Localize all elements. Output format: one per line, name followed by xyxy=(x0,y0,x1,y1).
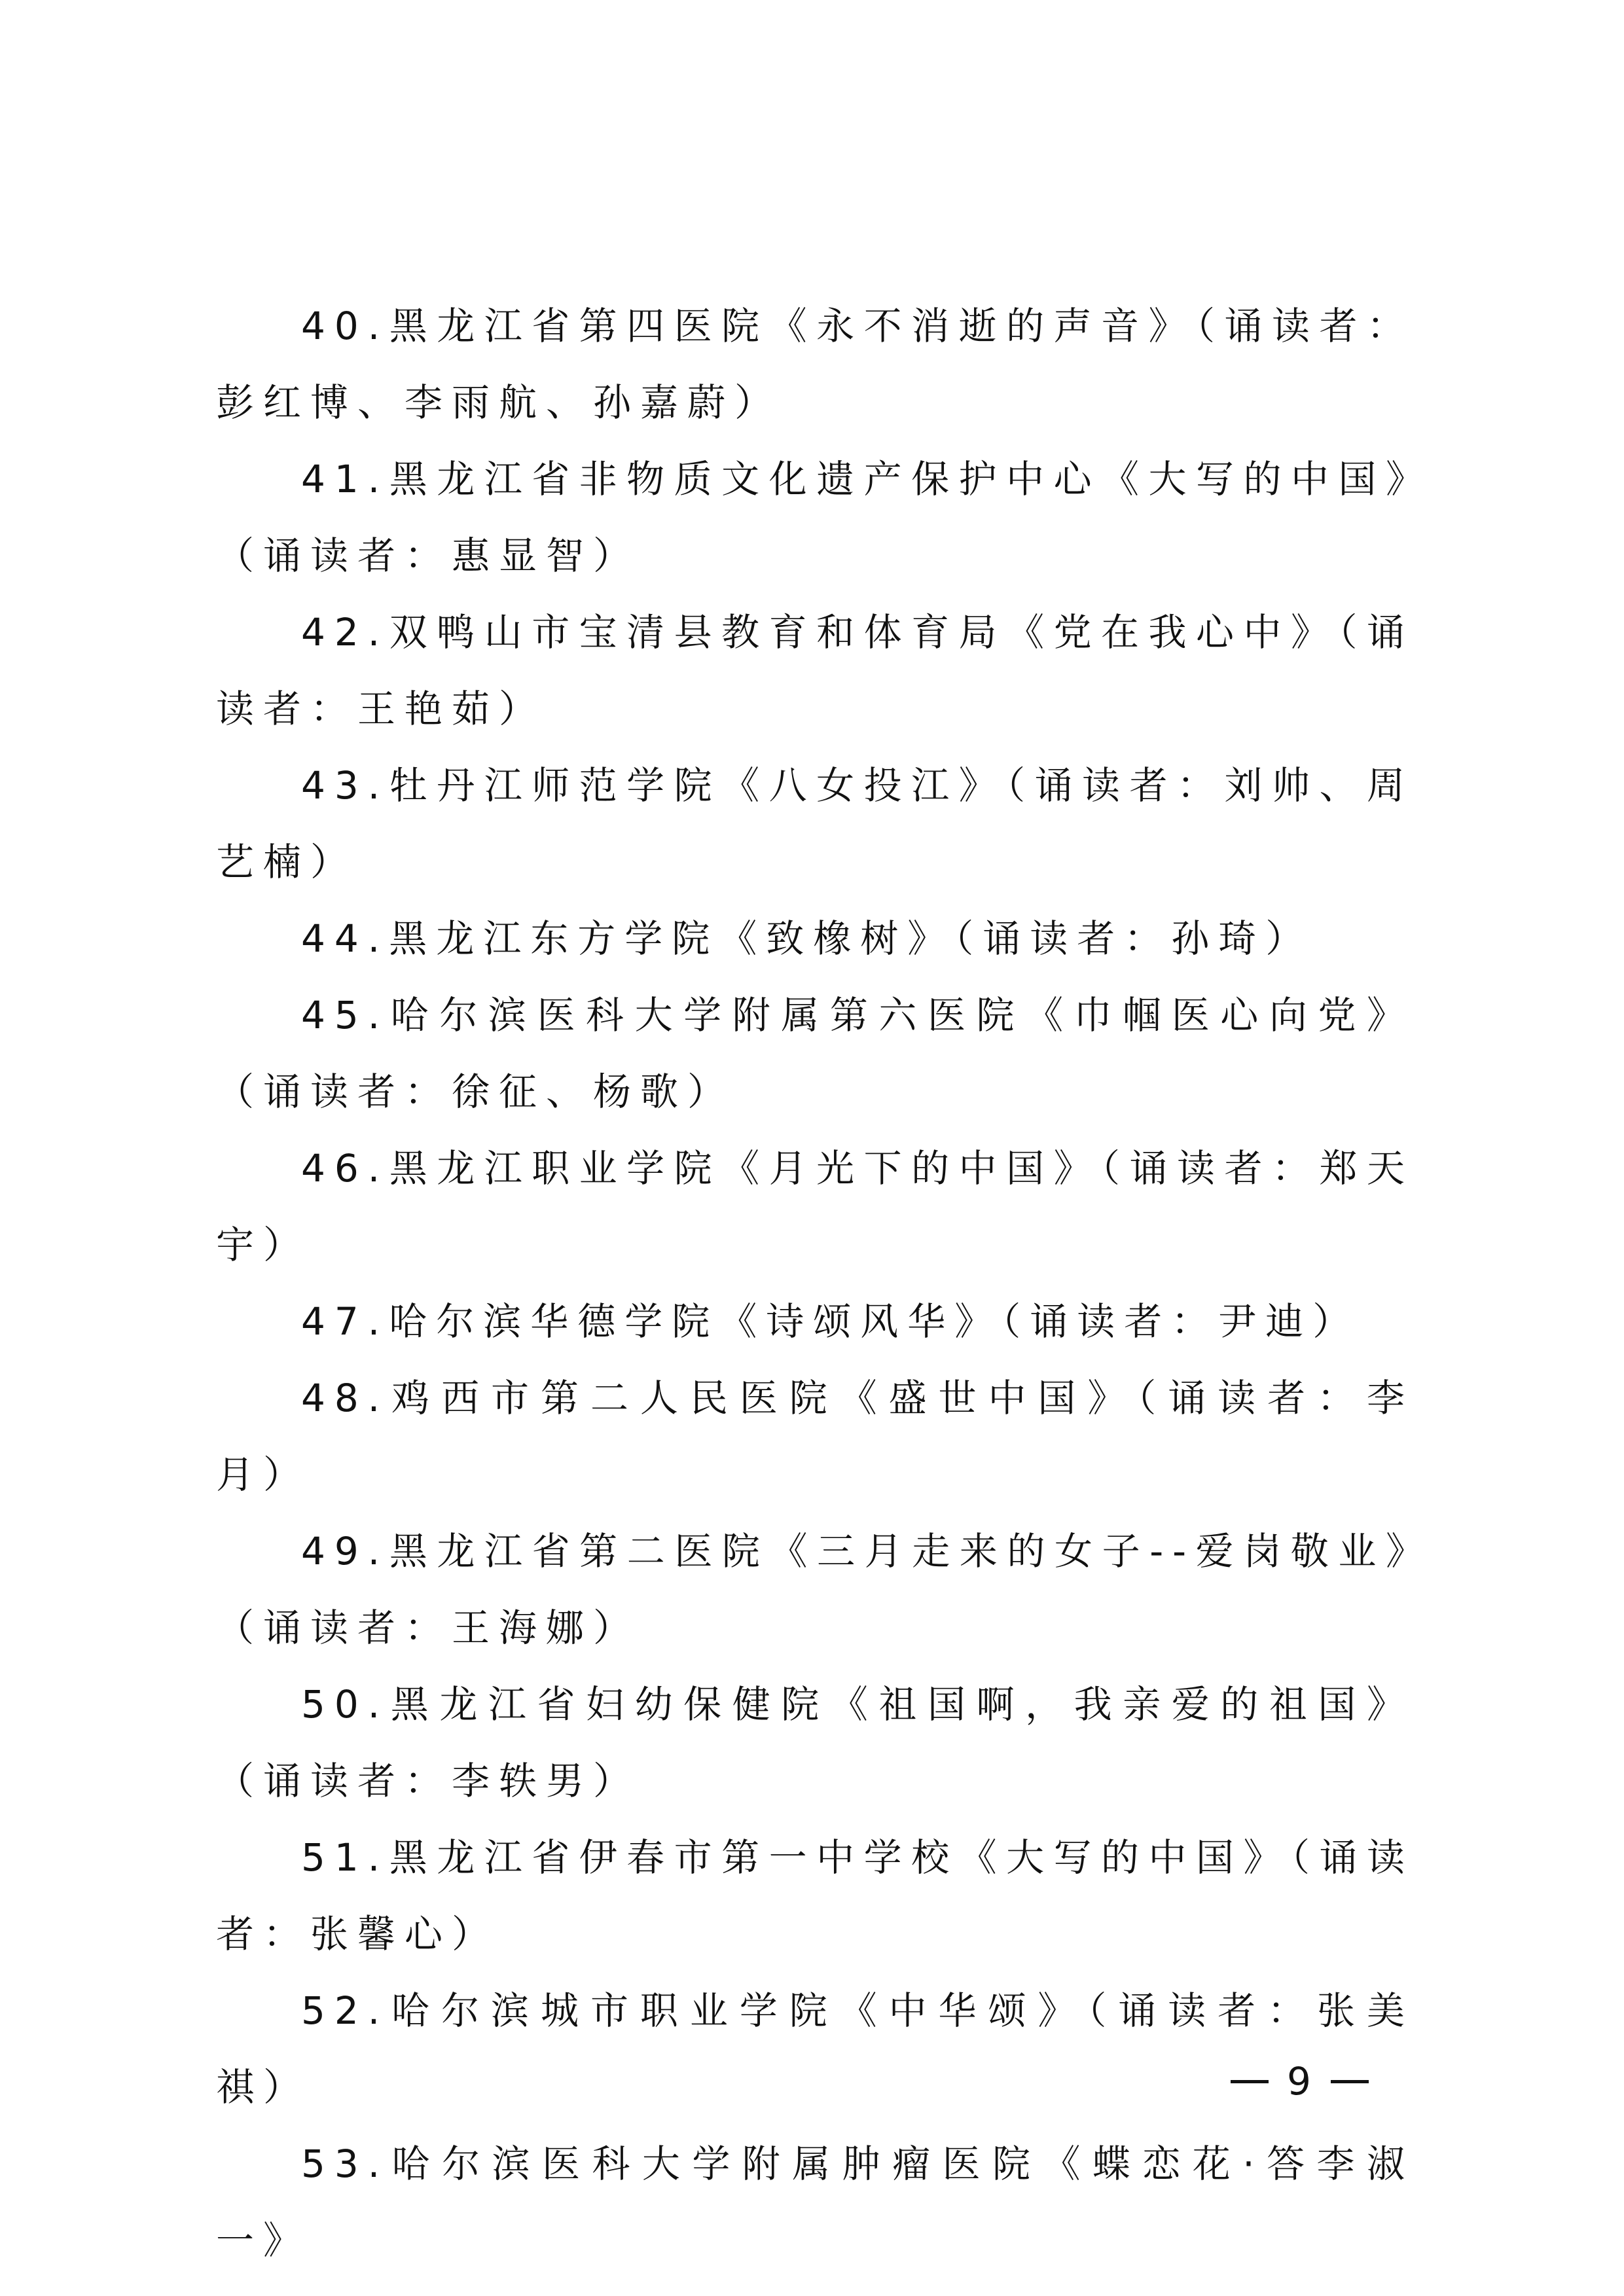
list-item: 41.黑龙江省非物质文化遗产保护中心《大写的中国》（诵读者：惠显智） xyxy=(216,441,1414,594)
list-item: 42.双鸭山市宝清县教育和体育局《党在我心中》（诵读者：王艳茹） xyxy=(216,594,1414,747)
page-number: 9 xyxy=(1231,2055,1369,2108)
document-page: 40.黑龙江省第四医院《永不消逝的声音》（诵读者：彭红博、李雨航、孙嘉蔚） 41… xyxy=(0,0,1624,2296)
list-item: 46.黑龙江职业学院《月光下的中国》（诵读者：郑天宇） xyxy=(216,1130,1414,1283)
entry-list: 40.黑龙江省第四医院《永不消逝的声音》（诵读者：彭红博、李雨航、孙嘉蔚） 41… xyxy=(216,288,1414,2279)
list-item: 49.黑龙江省第二医院《三月走来的女子--爱岗敬业》（诵读者：王海娜） xyxy=(216,1513,1414,1666)
list-item: 50.黑龙江省妇幼保健院《祖国啊，我亲爱的祖国》（诵读者：李轶男） xyxy=(216,1666,1414,1820)
list-item: 47.哈尔滨华德学院《诗颂风华》（诵读者：尹迪） xyxy=(216,1283,1414,1360)
dash-left-decoration xyxy=(1231,2080,1269,2083)
list-item: 44.黑龙江东方学院《致橡树》（诵读者：孙琦） xyxy=(216,901,1414,977)
list-item: 45.哈尔滨医科大学附属第六医院《巾帼医心向党》（诵读者：徐征、杨歌） xyxy=(216,977,1414,1130)
list-item: 51.黑龙江省伊春市第一中学校《大写的中国》（诵读者：张馨心） xyxy=(216,1820,1414,1973)
list-item: 53.哈尔滨医科大学附属肿瘤医院《蝶恋花·答李淑一》 xyxy=(216,2126,1414,2279)
list-item: 48.鸡西市第二人民医院《盛世中国》（诵读者：李月） xyxy=(216,1360,1414,1513)
list-item: 43.牡丹江师范学院《八女投江》（诵读者：刘帅、周艺楠） xyxy=(216,747,1414,901)
page-number-value: 9 xyxy=(1287,2055,1312,2108)
dash-right-decoration xyxy=(1331,2080,1369,2083)
list-item: 40.黑龙江省第四医院《永不消逝的声音》（诵读者：彭红博、李雨航、孙嘉蔚） xyxy=(216,288,1414,441)
